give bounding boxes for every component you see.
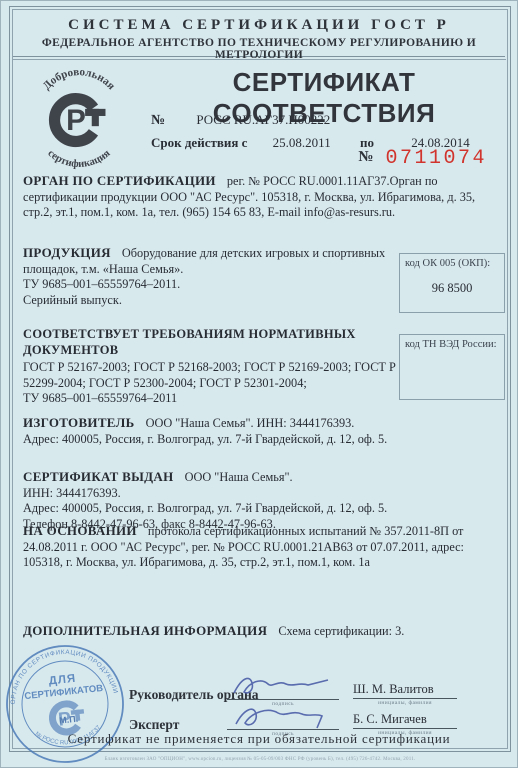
section-basis: НА ОСНОВАНИИ протокола сертификационных … (23, 523, 501, 571)
okp-code-value: 96 8500 (405, 281, 499, 296)
section-conformity: СООТВЕТСТВУЕТ ТРЕБОВАНИЯМ НОРМАТИВНЫХ ДО… (23, 327, 399, 407)
form-number: 0711074 (385, 147, 487, 170)
agency-title: ФЕДЕРАЛЬНОЕ АГЕНТСТВО ПО ТЕХНИЧЕСКОМУ РЕ… (13, 34, 505, 61)
additional-text: Схема сертификации: 3. (278, 624, 404, 638)
certificate-number-row: № РОСС RU.АГ37.Н00222 (151, 112, 330, 129)
expert-signatory-name: Б. С. Мигачев (353, 712, 457, 729)
expert-signature-icon (227, 703, 339, 730)
section-manufacturer: ИЗГОТОВИТЕЛЬ ООО "Наша Семья". ИНН: 3444… (23, 415, 497, 447)
number-label: № (151, 113, 165, 128)
head-name-caption: инициалы, фамилия (353, 699, 457, 706)
print-info: Бланк изготовлен ЗАО "ОПЦИОН", www.opcio… (1, 757, 518, 762)
svg-text:сертификация: сертификация (45, 147, 112, 170)
form-number-label: № (358, 149, 373, 165)
section-product: ПРОДУКЦИЯ Оборудование для детских игров… (23, 245, 397, 308)
logo-bottom-text: сертификация (45, 147, 112, 170)
product-label: ПРОДУКЦИЯ (23, 245, 111, 260)
okp-code-label: код ОК 005 (ОКП): (405, 258, 490, 269)
tnved-code-box: код ТН ВЭД России: (399, 334, 505, 400)
head-signature-icon (227, 673, 339, 700)
valid-from-date: 25.08.2011 (273, 135, 331, 150)
basis-label: НА ОСНОВАНИИ (23, 523, 137, 538)
section-organ: ОРГАН ПО СЕРТИФИКАЦИИ рег. № РОСС RU.000… (23, 173, 497, 221)
tnved-code-label: код ТН ВЭД России: (405, 339, 497, 350)
logo-p-letter: Р (66, 104, 86, 137)
disclaimer: Сертификат не применяется при обязательн… (13, 732, 505, 746)
rst-logo-icon: Добровольная сертификация Р (25, 63, 133, 171)
head-signature: подпись (227, 673, 339, 707)
head-name-block: Ш. М. Валитов инициалы, фамилия (353, 682, 457, 706)
svg-text:Добровольная: Добровольная (41, 66, 117, 92)
conformity-text: ГОСТ Р 52167-2003; ГОСТ Р 52168-2003; ГО… (23, 360, 396, 405)
form-number-row: № 0711074 (358, 147, 487, 170)
header: СИСТЕМА СЕРТИФИКАЦИИ ГОСТ Р ФЕДЕРАЛЬНОЕ … (13, 10, 505, 57)
certificate-page: СИСТЕМА СЕРТИФИКАЦИИ ГОСТ Р ФЕДЕРАЛЬНОЕ … (0, 0, 518, 768)
logo-top-text: Добровольная (41, 66, 117, 92)
certificate-number: РОСС RU.АГ37.Н00222 (196, 112, 330, 127)
organ-label: ОРГАН ПО СЕРТИФИКАЦИИ (23, 173, 216, 188)
certification-stamp-icon: ОРГАН ПО СЕРТИФИКАЦИИ ПРОДУКЦИИ № РОСС R… (0, 636, 133, 768)
head-signatory-name: Ш. М. Валитов (353, 682, 457, 699)
system-title: СИСТЕМА СЕРТИФИКАЦИИ ГОСТ Р (13, 10, 505, 34)
stamp-mp-text: М.П. (59, 714, 79, 726)
okp-code-box: код ОК 005 (ОКП): 96 8500 (399, 253, 505, 313)
validity-prefix: Срок действия с (151, 135, 247, 150)
conformity-label: СООТВЕТСТВУЕТ ТРЕБОВАНИЯМ НОРМАТИВНЫХ ДО… (23, 327, 399, 358)
issued-to-label: СЕРТИФИКАТ ВЫДАН (23, 469, 174, 484)
manufacturer-label: ИЗГОТОВИТЕЛЬ (23, 415, 134, 430)
additional-label: ДОПОЛНИТЕЛЬНАЯ ИНФОРМАЦИЯ (23, 623, 267, 638)
section-additional: ДОПОЛНИТЕЛЬНАЯ ИНФОРМАЦИЯ Схема сертифик… (23, 623, 497, 640)
